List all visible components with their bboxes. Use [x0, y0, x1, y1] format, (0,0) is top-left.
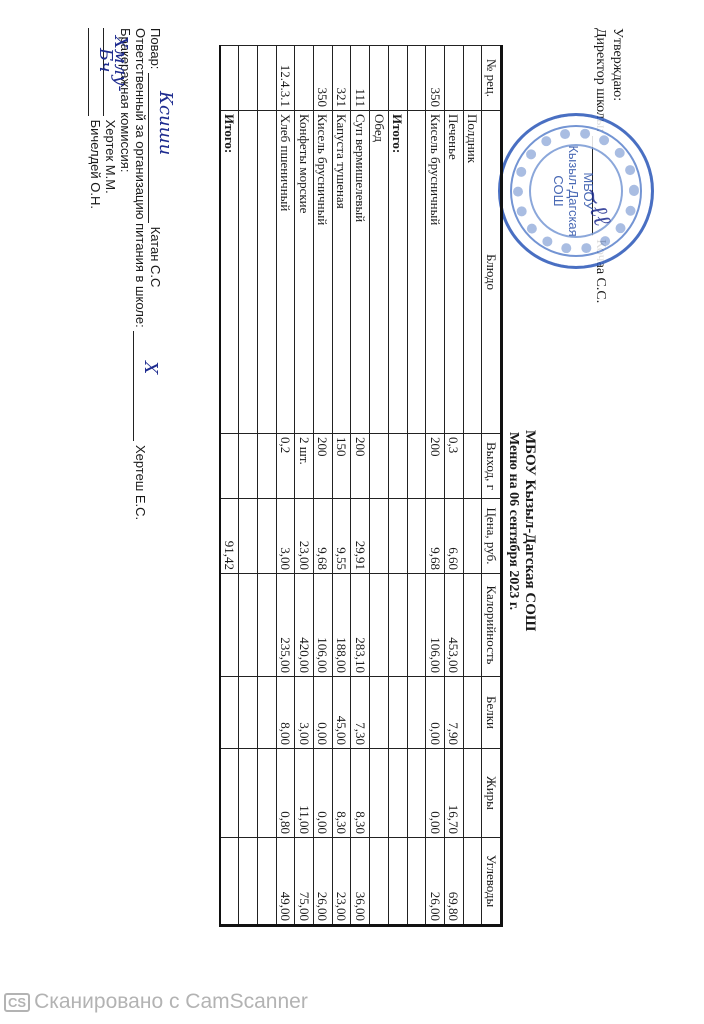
cell-fat	[463, 749, 482, 838]
cell-yield	[370, 434, 389, 499]
responsible-signature-scrawl: Х	[143, 361, 158, 374]
cell-recipe-no	[258, 46, 277, 111]
cell-carbs: 49,00	[276, 838, 295, 926]
cook-signature-row: Повар: Ксиши Катан С.С	[148, 28, 163, 287]
cell-carbs: 36,00	[351, 838, 370, 926]
col-calories: Калорийность	[482, 574, 502, 677]
cell-calories	[463, 574, 482, 677]
col-fat: Жиры	[482, 749, 502, 838]
cell-calories: 106,00	[426, 574, 445, 677]
cell-calories	[258, 574, 277, 677]
cell-fat: 0,00	[314, 749, 333, 838]
cell-dish: Полдник	[463, 111, 482, 434]
table-row: 111Суп вермишелевый20029,91283,107,308,3…	[351, 46, 370, 926]
menu-table: № рец. Блюдо Выход, г Цена, руб. Калорий…	[219, 45, 503, 927]
cell-protein: 7,90	[444, 677, 463, 749]
cell-carbs	[388, 838, 407, 926]
cell-recipe-no	[295, 46, 314, 111]
table-row: Печенье0,36,60453,007,9016,7069,80	[444, 46, 463, 926]
cell-protein	[370, 677, 389, 749]
member-2-signature-scrawl: Бч	[98, 48, 113, 72]
cell-yield: 2 шт.	[295, 434, 314, 499]
cell-recipe-no	[407, 46, 426, 111]
table-row: 12.4.3.1Хлеб пшеничный0,23,00235,008,000…	[276, 46, 295, 926]
cell-dish	[239, 111, 258, 434]
cell-fat: 0,00	[426, 749, 445, 838]
cell-recipe-no: 321	[332, 46, 351, 111]
total-row: Итого:	[388, 46, 407, 926]
col-dish: Блюдо	[482, 111, 502, 434]
cell-dish: Кисель брусничный	[426, 111, 445, 434]
document-subtitle: Меню на 06 сентября 2023 г.	[505, 432, 521, 610]
cell-carbs: 23,00	[332, 838, 351, 926]
cell-carbs: 75,00	[295, 838, 314, 926]
cell-fat: 8,30	[332, 749, 351, 838]
watermark-text: Сканировано с CamScanner	[34, 990, 308, 1014]
cook-name: Катан С.С	[148, 227, 163, 288]
cell-yield: 200	[351, 434, 370, 499]
cell-yield	[239, 434, 258, 499]
cell-dish: Суп вермишелевый	[351, 111, 370, 434]
cook-signature-line: Ксиши	[148, 73, 163, 223]
cell-protein	[407, 677, 426, 749]
cell-price	[370, 499, 389, 574]
cell-fat	[239, 749, 258, 838]
member-2-name: Бичелдей О.Н.	[88, 120, 103, 209]
table-header-row: № рец. Блюдо Выход, г Цена, руб. Калорий…	[482, 46, 502, 926]
menu-table-body: ПолдникПеченье0,36,60453,007,9016,7069,8…	[220, 46, 482, 926]
responsible-label: Ответственный за организацию питания в ш…	[133, 28, 148, 328]
cell-dish: Итого:	[220, 111, 239, 434]
cell-yield: 0,2	[276, 434, 295, 499]
col-price: Цена, руб.	[482, 499, 502, 574]
cell-dish: Итого:	[388, 111, 407, 434]
cell-protein	[239, 677, 258, 749]
cell-price: 9,55	[332, 499, 351, 574]
section-row: Полдник	[463, 46, 482, 926]
cell-fat	[220, 749, 239, 838]
cell-yield: 0,3	[444, 434, 463, 499]
col-carbs: Углеводы	[482, 838, 502, 926]
cell-fat: 8,30	[351, 749, 370, 838]
cell-carbs	[463, 838, 482, 926]
cell-yield	[388, 434, 407, 499]
cell-fat: 11,00	[295, 749, 314, 838]
commission-member-2-row: Бч Бичелдей О.Н.	[88, 28, 103, 209]
member-1-name: Хертек М.М.	[103, 120, 118, 194]
cell-yield: 150	[332, 434, 351, 499]
cell-recipe-no	[444, 46, 463, 111]
cell-price: 3,00	[276, 499, 295, 574]
cell-carbs	[239, 838, 258, 926]
cell-recipe-no	[220, 46, 239, 111]
menu-document-page: Утверждаю: Директор школы: Кочаа С.С. МБ…	[0, 0, 704, 1024]
cell-protein: 3,00	[295, 677, 314, 749]
cell-price: 9,68	[314, 499, 333, 574]
cell-dish: Обед	[370, 111, 389, 434]
document-title: МБОУ Кызыл-Дагская СОШ	[521, 430, 538, 631]
responsible-signature-line: Х	[133, 331, 148, 441]
cell-recipe-no: 350	[426, 46, 445, 111]
cell-price	[463, 499, 482, 574]
cell-calories	[388, 574, 407, 677]
stamp-line-3: СОШ	[551, 116, 566, 266]
cell-yield	[463, 434, 482, 499]
cell-dish: Печенье	[444, 111, 463, 434]
cell-recipe-no	[239, 46, 258, 111]
cook-label: Повар:	[148, 28, 163, 69]
cell-carbs	[370, 838, 389, 926]
table-row: 350Кисель брусничный2009,68106,000,000,0…	[426, 46, 445, 926]
cell-recipe-no	[388, 46, 407, 111]
cell-price	[388, 499, 407, 574]
cell-recipe-no: 12.4.3.1	[276, 46, 295, 111]
table-row: 321Капуста тушеная1509,55188,0045,008,30…	[332, 46, 351, 926]
cell-carbs: 69,80	[444, 838, 463, 926]
cell-fat	[258, 749, 277, 838]
member-2-signature-line: Бч	[88, 28, 103, 116]
total-row: Итого:91,42	[220, 46, 239, 926]
school-seal-stamp: МБОУ Кызыл-Дагская СОШ ~ℓℓ	[498, 113, 654, 269]
cell-price: 91,42	[220, 499, 239, 574]
cell-fat	[370, 749, 389, 838]
cell-protein	[258, 677, 277, 749]
table-row	[407, 46, 426, 926]
col-protein: Белки	[482, 677, 502, 749]
cell-calories: 106,00	[314, 574, 333, 677]
table-row: 350Кисель брусничный2009,68106,000,000,0…	[314, 46, 333, 926]
col-yield: Выход, г	[482, 434, 502, 499]
cell-calories: 453,00	[444, 574, 463, 677]
cell-fat: 16,70	[444, 749, 463, 838]
cell-fat: 0,80	[276, 749, 295, 838]
cell-dish: Хлеб пшеничный	[276, 111, 295, 434]
col-recipe-no: № рец.	[482, 46, 502, 111]
cell-price: 9,68	[426, 499, 445, 574]
cell-price	[258, 499, 277, 574]
cell-price: 29,91	[351, 499, 370, 574]
responsible-name: Хертеш Е.С.	[133, 445, 148, 520]
camscanner-watermark: CS Сканировано с CamScanner	[4, 990, 308, 1014]
cell-recipe-no: 111	[351, 46, 370, 111]
cell-calories: 420,00	[295, 574, 314, 677]
cell-calories	[370, 574, 389, 677]
cell-recipe-no: 350	[314, 46, 333, 111]
cell-calories: 188,00	[332, 574, 351, 677]
cell-fat	[388, 749, 407, 838]
cell-yield: 200	[426, 434, 445, 499]
cell-protein	[463, 677, 482, 749]
cell-dish: Конфеты морские	[295, 111, 314, 434]
cook-signature-scrawl: Ксиши	[158, 91, 173, 155]
cell-fat	[407, 749, 426, 838]
table-row: Конфеты морские2 шт.23,00420,003,0011,00…	[295, 46, 314, 926]
cell-dish	[407, 111, 426, 434]
cell-dish: Капуста тушеная	[332, 111, 351, 434]
cell-price	[239, 499, 258, 574]
cell-price: 6,60	[444, 499, 463, 574]
cell-protein: 0,00	[314, 677, 333, 749]
cell-carbs: 26,00	[426, 838, 445, 926]
table-row	[258, 46, 277, 926]
cell-carbs: 26,00	[314, 838, 333, 926]
cell-dish	[258, 111, 277, 434]
cell-protein: 8,00	[276, 677, 295, 749]
cell-calories: 235,00	[276, 574, 295, 677]
cell-protein	[388, 677, 407, 749]
section-row: Обед	[370, 46, 389, 926]
cell-calories	[239, 574, 258, 677]
cell-recipe-no	[370, 46, 389, 111]
cell-recipe-no	[463, 46, 482, 111]
cell-yield	[258, 434, 277, 499]
cell-dish: Кисель брусничный	[314, 111, 333, 434]
cell-protein: 45,00	[332, 677, 351, 749]
cell-yield: 200	[314, 434, 333, 499]
cs-logo-icon: CS	[4, 993, 30, 1012]
cell-carbs	[258, 838, 277, 926]
approval-label: Утверждаю:	[609, 28, 626, 101]
cell-protein	[220, 677, 239, 749]
cell-calories: 283,10	[351, 574, 370, 677]
cell-protein: 7,30	[351, 677, 370, 749]
cell-price: 23,00	[295, 499, 314, 574]
cell-yield	[407, 434, 426, 499]
cell-carbs	[407, 838, 426, 926]
cell-calories	[220, 574, 239, 677]
responsible-signature-row: Ответственный за организацию питания в ш…	[133, 28, 148, 520]
cell-calories	[407, 574, 426, 677]
cell-yield	[220, 434, 239, 499]
table-row	[239, 46, 258, 926]
cell-carbs	[220, 838, 239, 926]
cell-price	[407, 499, 426, 574]
cell-protein: 0,00	[426, 677, 445, 749]
